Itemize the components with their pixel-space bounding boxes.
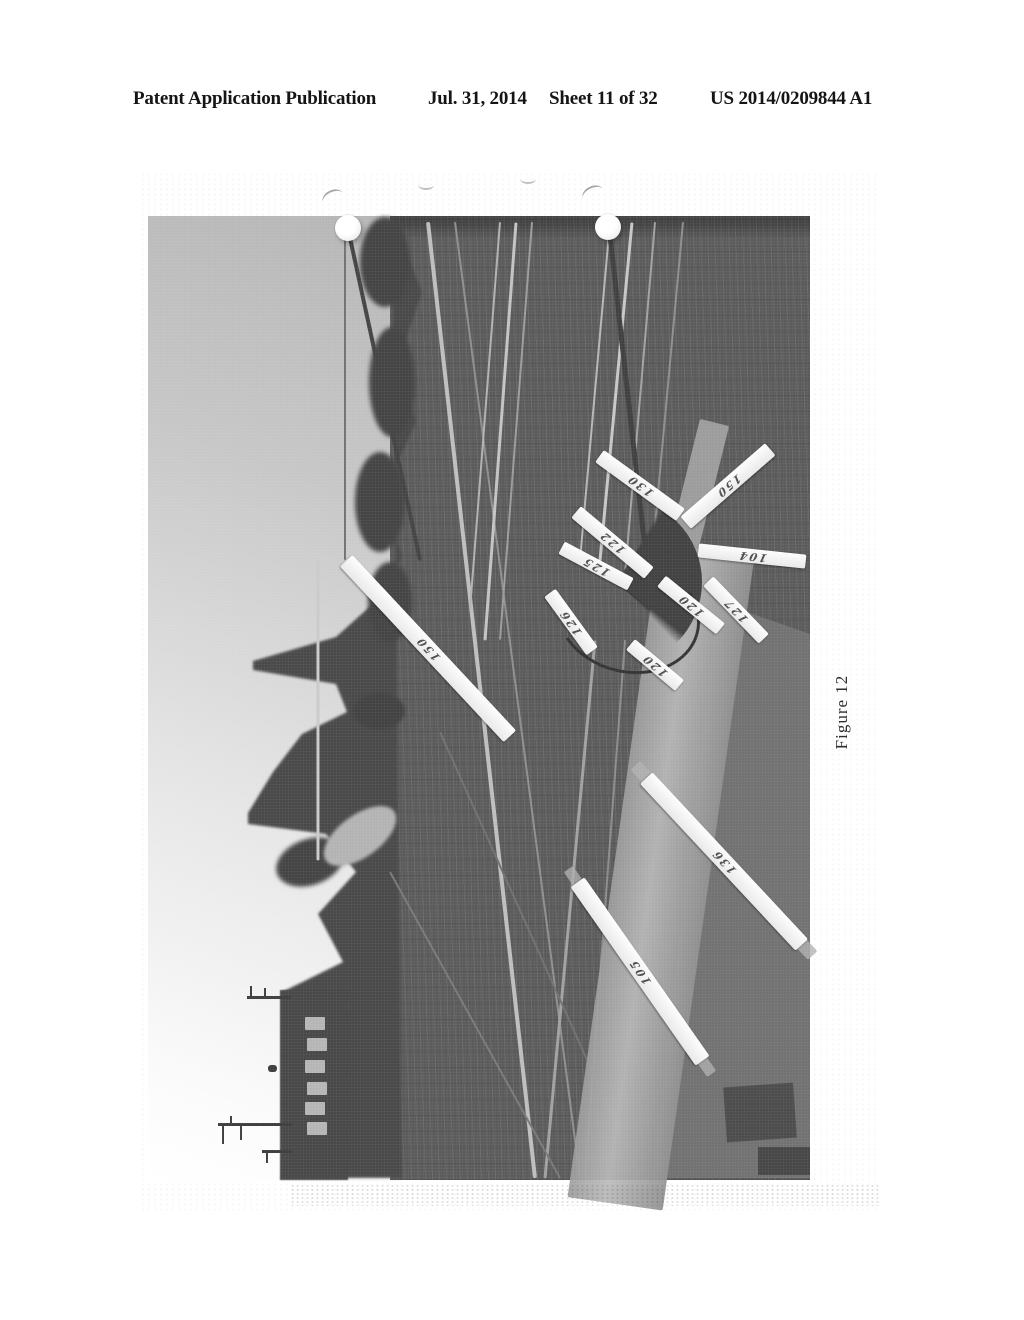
mast-tick bbox=[250, 986, 252, 996]
mast-tick bbox=[240, 1126, 242, 1140]
building-window bbox=[305, 1017, 325, 1030]
patent-page: Patent Application Publication Jul. 31, … bbox=[0, 0, 1024, 1320]
mounting-pin bbox=[595, 214, 621, 240]
mast-tick bbox=[264, 988, 266, 996]
header-sheet-number: Sheet 11 of 32 bbox=[549, 88, 658, 110]
scan-smudge bbox=[520, 174, 536, 184]
building-window bbox=[307, 1038, 327, 1051]
building-window bbox=[307, 1082, 327, 1095]
pier-patch bbox=[723, 1083, 797, 1143]
hill-silhouette bbox=[353, 693, 405, 729]
building-window bbox=[307, 1122, 327, 1135]
cable-line bbox=[344, 230, 346, 560]
mast-tick bbox=[266, 1153, 268, 1163]
treeline-silhouette bbox=[140, 172, 880, 1212]
header-patent-number: US 2014/0209844 A1 bbox=[710, 88, 872, 110]
mast-knob bbox=[268, 1065, 277, 1072]
figure-caption: Figure 12 bbox=[832, 657, 858, 767]
scan-smudge bbox=[418, 180, 434, 190]
cable-tag-value: 104 bbox=[736, 548, 768, 564]
header-publication-label: Patent Application Publication bbox=[133, 88, 376, 110]
cable-line bbox=[317, 560, 320, 860]
bridge-photograph: 150150130122104125126120127120136105 Fig… bbox=[140, 172, 880, 1212]
tree-canopy-blob bbox=[369, 327, 415, 437]
tree-canopy-blob bbox=[360, 217, 410, 307]
mast-tick bbox=[230, 1116, 232, 1124]
mounting-pin bbox=[335, 215, 361, 241]
building-window bbox=[305, 1102, 325, 1115]
scan-noise-strip bbox=[290, 1184, 880, 1206]
pier-patch bbox=[758, 1147, 810, 1175]
mast-tick bbox=[222, 1126, 224, 1144]
header-date: Jul. 31, 2014 bbox=[428, 88, 527, 110]
mast bbox=[247, 996, 291, 999]
building-window bbox=[305, 1060, 325, 1073]
